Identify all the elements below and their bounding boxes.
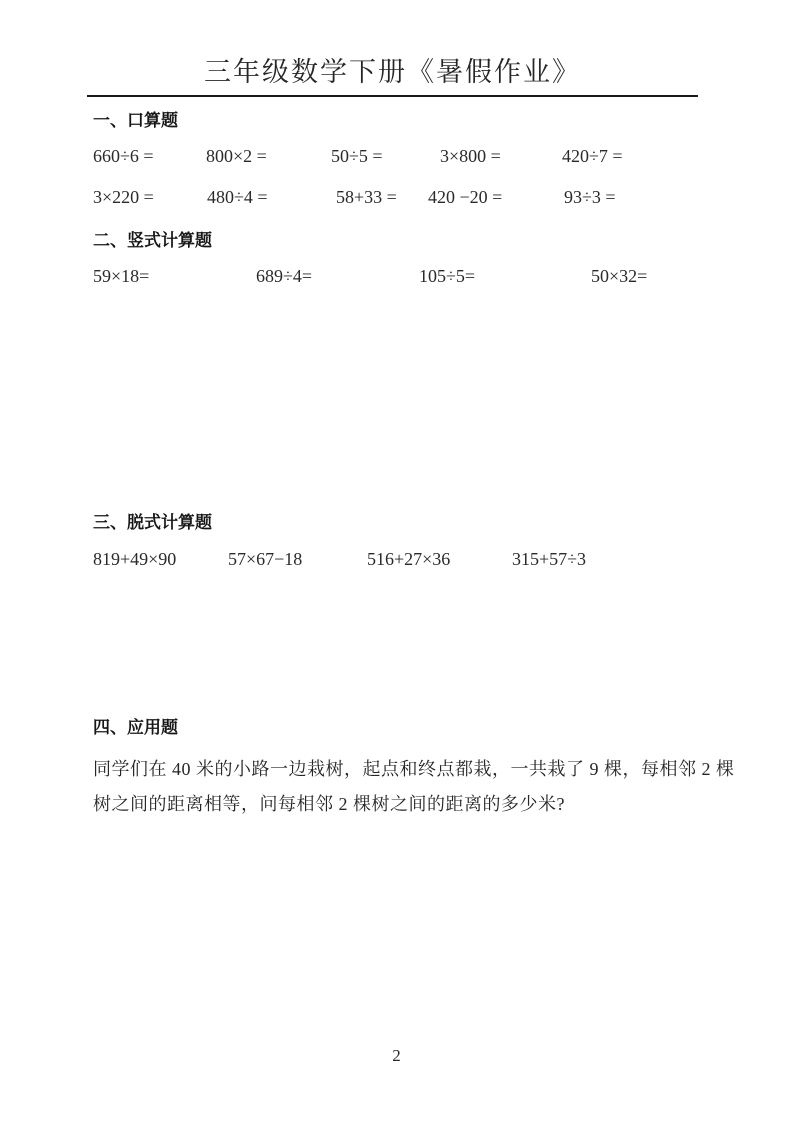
- oral-problem: 660÷6 =: [93, 146, 154, 167]
- applied-problem-text-line2: 树之间的距离相等，问每相邻 2 棵树之间的距离的多少米?: [93, 790, 565, 816]
- section-applied-heading: 四、应用题: [93, 713, 178, 738]
- stepwise-problem: 516+27×36: [367, 549, 450, 570]
- worksheet-page: 三年级数学下册《暑假作业》 一、口算题 660÷6 = 800×2 = 50÷5…: [0, 0, 793, 1122]
- stepwise-problem: 819+49×90: [93, 549, 176, 570]
- stepwise-problem: 57×67−18: [228, 549, 302, 570]
- section-stepwise-heading: 三、脱式计算题: [93, 508, 212, 533]
- section-oral-heading: 一、口算题: [93, 106, 178, 131]
- oral-problem: 420÷7 =: [562, 146, 623, 167]
- vertical-problem: 689÷4=: [256, 266, 312, 287]
- oral-problem: 58+33 =: [336, 187, 397, 208]
- section-vertical-heading: 二、竖式计算题: [93, 226, 212, 251]
- stepwise-problem: 315+57÷3: [512, 549, 586, 570]
- vertical-problem: 59×18=: [93, 266, 149, 287]
- oral-problem: 800×2 =: [206, 146, 267, 167]
- oral-problem: 420 −20 =: [428, 187, 502, 208]
- title-rule: 三年级数学下册《暑假作业》: [87, 50, 698, 97]
- oral-problem: 3×220 =: [93, 187, 154, 208]
- oral-problem: 93÷3 =: [564, 187, 616, 208]
- page-number: 2: [0, 1046, 793, 1066]
- page-title: 三年级数学下册《暑假作业》: [87, 50, 698, 89]
- oral-problem: 480÷4 =: [207, 187, 268, 208]
- oral-problem: 3×800 =: [440, 146, 501, 167]
- vertical-problem: 50×32=: [591, 266, 647, 287]
- oral-problem: 50÷5 =: [331, 146, 383, 167]
- applied-problem-text-line1: 同学们在 40 米的小路一边栽树，起点和终点都栽，一共栽了 9 棵，每相邻 2 …: [93, 755, 735, 781]
- vertical-problem: 105÷5=: [419, 266, 475, 287]
